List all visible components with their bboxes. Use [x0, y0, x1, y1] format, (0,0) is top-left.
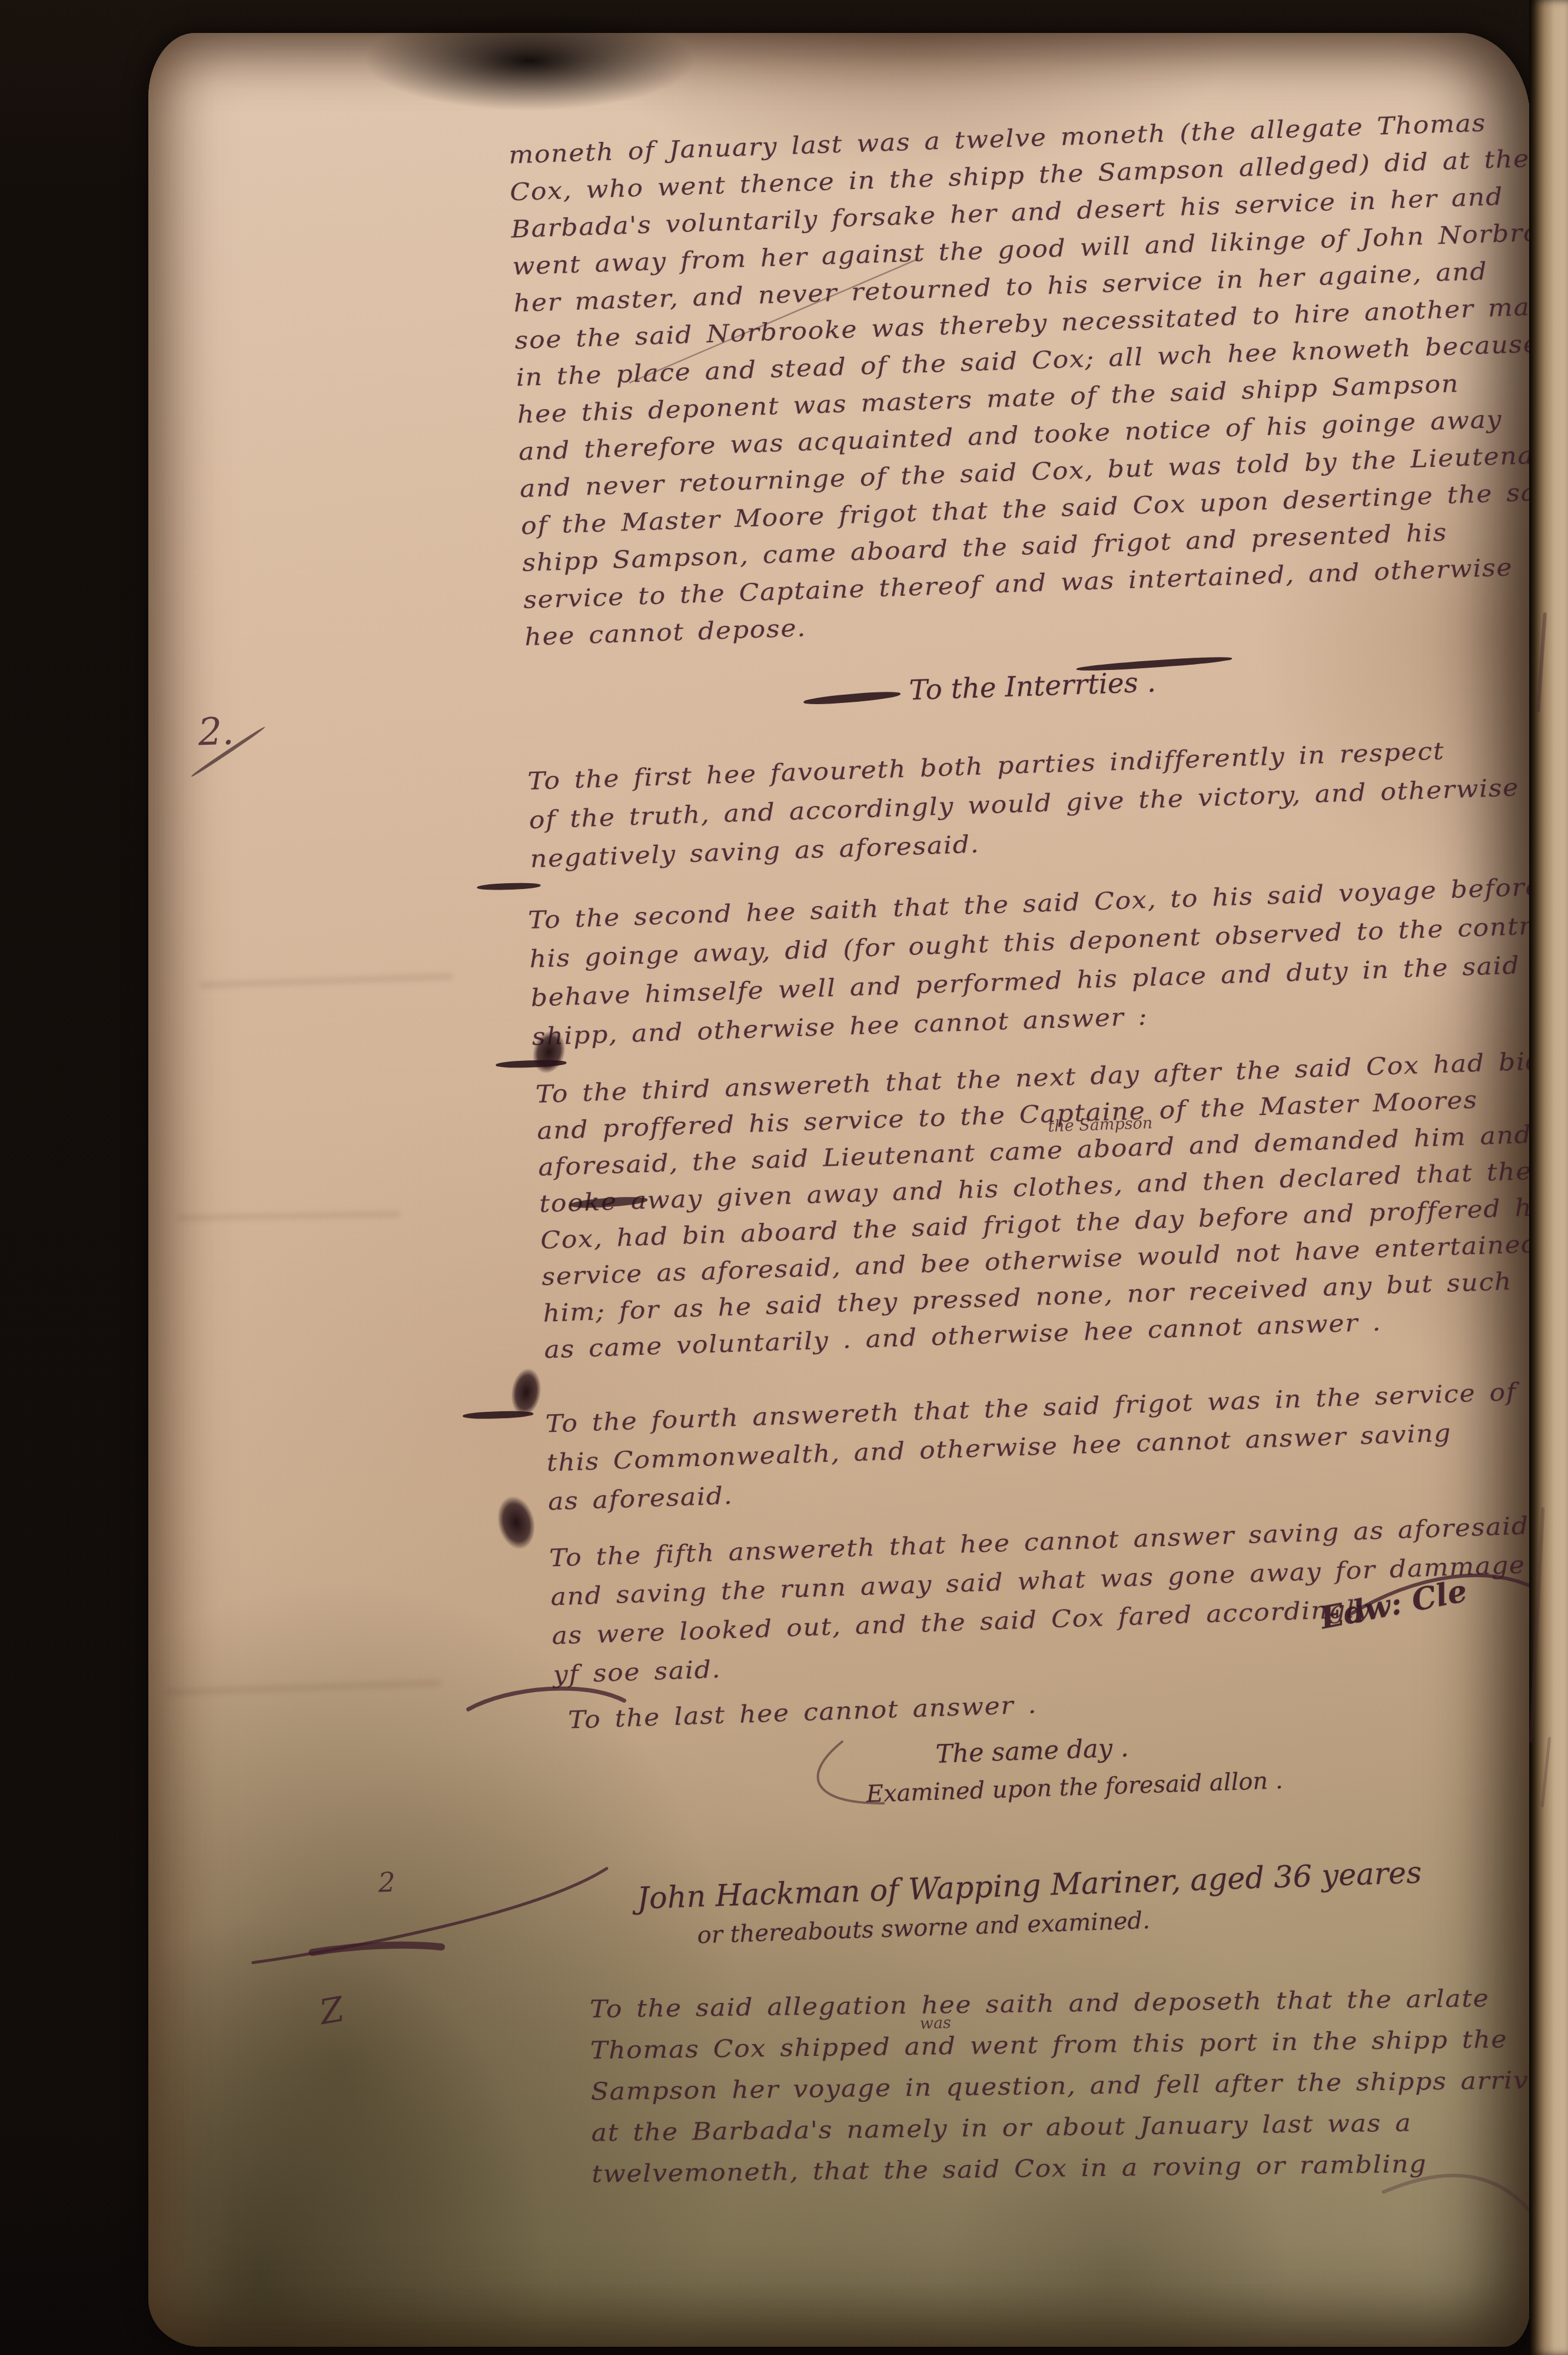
- interlined-insertion: was: [919, 2014, 951, 2033]
- margin-mark-interrogatories: 2.: [197, 710, 234, 755]
- deponent-oath-line: or thereabouts sworne and examined.: [697, 1907, 1151, 1949]
- ink-blot: [492, 1492, 540, 1553]
- ink-blot: [508, 1366, 544, 1418]
- facing-page-sliver: [1529, 0, 1568, 2355]
- paragraph-flourish-dash: [463, 1410, 533, 1419]
- deponent-name-line: John Hackman of Wapping Mariner, aged 36…: [637, 1856, 1423, 1916]
- same-day-note: The same day .: [935, 1733, 1129, 1769]
- handwriting-layer: moneth of January last was a twelve mone…: [0, 0, 1568, 2354]
- paragraph-answer-second: To the second hee saith that the said Co…: [528, 874, 1514, 1062]
- margin-deponent-number: 2: [377, 1866, 396, 1899]
- paragraph-flourish-dash: [477, 882, 540, 891]
- manuscript-line: To the last hee cannot answer .: [568, 1690, 1038, 1743]
- paragraph-answer-to-allegation: moneth of January last was a twelve mone…: [508, 108, 1523, 660]
- paragraph-answer-third: To the third answereth that the next day…: [535, 1047, 1530, 1372]
- interlined-insertion: the Sampson: [1048, 1114, 1153, 1136]
- paragraph-hackman-answer: To the said allegation hee saith and dep…: [590, 1984, 1500, 2201]
- paragraph-answer-fourth: To the fourth answereth that the said fr…: [545, 1380, 1448, 1527]
- heading-flourish-dash: [803, 690, 901, 706]
- paragraph-answer-first: To the first hee favoureth both parties …: [527, 737, 1448, 884]
- paragraph-answer-last: To the last hee cannot answer .: [568, 1691, 1004, 1743]
- heading-interrogatories: To the Interrties .: [909, 666, 1157, 707]
- margin-paraph: Z: [317, 1989, 347, 2032]
- photograph-of-manuscript: { "palette": { "ink": "#3c1c28", "paper"…: [0, 0, 1568, 2355]
- examined-note: Examined upon the foresaid allon .: [866, 1767, 1283, 1807]
